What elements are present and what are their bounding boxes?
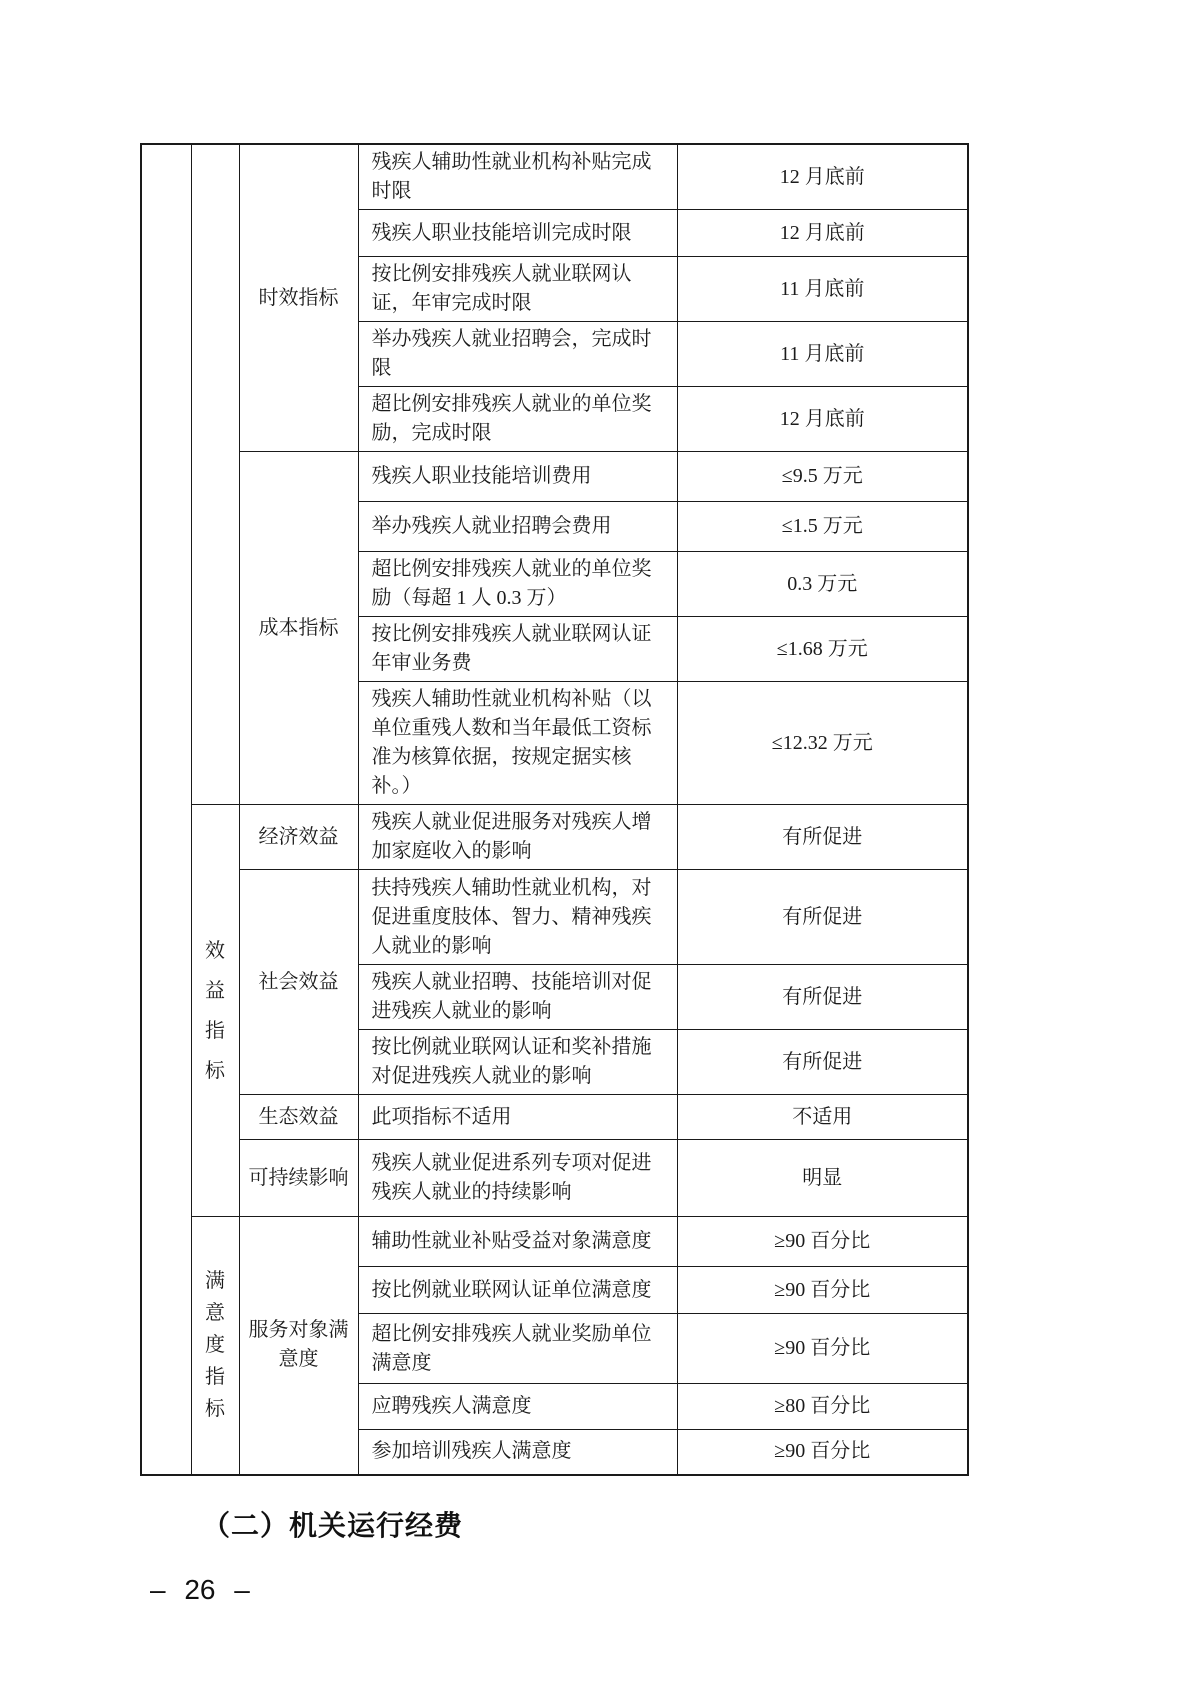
indicator-cell: 残疾人就业促进系列专项对促进残疾人就业的持续影响	[358, 1140, 677, 1217]
value-cell: 有所促进	[677, 805, 968, 870]
table-row: 生态效益此项指标不适用不适用	[141, 1095, 968, 1140]
category-cell: 效益指标	[191, 805, 239, 1217]
value-cell: ≤9.5 万元	[677, 452, 968, 502]
value-cell: ≤1.68 万元	[677, 617, 968, 682]
value-cell: 12 月底前	[677, 210, 968, 257]
page-number: – 26 –	[150, 1574, 250, 1606]
indicator-cell: 此项指标不适用	[358, 1095, 677, 1140]
category-label: 满意度指标	[204, 1265, 226, 1425]
value-cell: ≥90 百分比	[677, 1217, 968, 1267]
value-cell: 0.3 万元	[677, 552, 968, 617]
table-row: 成本指标残疾人职业技能培训费用≤9.5 万元	[141, 452, 968, 502]
value-cell: 明显	[677, 1140, 968, 1217]
subcategory-cell: 可持续影响	[239, 1140, 358, 1217]
indicator-cell: 残疾人就业招聘、技能培训对促进残疾人就业的影响	[358, 965, 677, 1030]
indicator-cell: 超比例安排残疾人就业奖励单位满意度	[358, 1314, 677, 1384]
category-cell	[191, 144, 239, 805]
indicator-cell: 残疾人辅助性就业机构补贴完成时限	[358, 144, 677, 210]
margin-cell	[141, 144, 191, 1475]
value-cell: ≥90 百分比	[677, 1430, 968, 1475]
value-cell: 11 月底前	[677, 322, 968, 387]
indicator-table-body: 时效指标残疾人辅助性就业机构补贴完成时限12 月底前残疾人职业技能培训完成时限1…	[141, 144, 968, 1475]
subcategory-cell: 经济效益	[239, 805, 358, 870]
subcategory-cell: 时效指标	[239, 144, 358, 452]
category-cell: 满意度指标	[191, 1217, 239, 1475]
value-cell: 有所促进	[677, 870, 968, 965]
table-row: 时效指标残疾人辅助性就业机构补贴完成时限12 月底前	[141, 144, 968, 210]
subcategory-cell: 生态效益	[239, 1095, 358, 1140]
value-cell: 11 月底前	[677, 257, 968, 322]
indicator-cell: 扶持残疾人辅助性就业机构，对促进重度肢体、智力、精神残疾人就业的影响	[358, 870, 677, 965]
indicator-cell: 应聘残疾人满意度	[358, 1384, 677, 1430]
performance-indicator-table: 时效指标残疾人辅助性就业机构补贴完成时限12 月底前残疾人职业技能培训完成时限1…	[140, 143, 969, 1476]
indicator-cell: 按比例安排残疾人就业联网认证年审业务费	[358, 617, 677, 682]
indicator-cell: 超比例安排残疾人就业的单位奖励（每超 1 人 0.3 万）	[358, 552, 677, 617]
value-cell: ≥80 百分比	[677, 1384, 968, 1430]
indicator-cell: 残疾人职业技能培训完成时限	[358, 210, 677, 257]
value-cell: ≥90 百分比	[677, 1267, 968, 1314]
indicator-cell: 参加培训残疾人满意度	[358, 1430, 677, 1475]
value-cell: 12 月底前	[677, 387, 968, 452]
indicator-cell: 残疾人职业技能培训费用	[358, 452, 677, 502]
value-cell: ≤1.5 万元	[677, 502, 968, 552]
document-page: 时效指标残疾人辅助性就业机构补贴完成时限12 月底前残疾人职业技能培训完成时限1…	[0, 0, 1190, 1683]
indicator-cell: 举办残疾人就业招聘会，完成时限	[358, 322, 677, 387]
subcategory-cell: 服务对象满意度	[239, 1217, 358, 1475]
value-cell: 有所促进	[677, 1030, 968, 1095]
section-heading: （二）机关运行经费	[202, 1504, 463, 1544]
table-row: 社会效益扶持残疾人辅助性就业机构，对促进重度肢体、智力、精神残疾人就业的影响有所…	[141, 870, 968, 965]
value-cell: 不适用	[677, 1095, 968, 1140]
value-cell: 有所促进	[677, 965, 968, 1030]
table-row: 效益指标经济效益残疾人就业促进服务对残疾人增加家庭收入的影响有所促进	[141, 805, 968, 870]
table-row: 满意度指标服务对象满意度辅助性就业补贴受益对象满意度≥90 百分比	[141, 1217, 968, 1267]
value-cell: ≥90 百分比	[677, 1314, 968, 1384]
indicator-cell: 按比例就业联网认证和奖补措施对促进残疾人就业的影响	[358, 1030, 677, 1095]
indicator-cell: 残疾人辅助性就业机构补贴（以单位重残人数和当年最低工资标准为核算依据，按规定据实…	[358, 682, 677, 805]
indicator-cell: 举办残疾人就业招聘会费用	[358, 502, 677, 552]
subcategory-cell: 社会效益	[239, 870, 358, 1095]
indicator-cell: 按比例安排残疾人就业联网认证，年审完成时限	[358, 257, 677, 322]
indicator-cell: 残疾人就业促进服务对残疾人增加家庭收入的影响	[358, 805, 677, 870]
subcategory-cell: 成本指标	[239, 452, 358, 805]
category-label: 效益指标	[204, 931, 226, 1091]
value-cell: ≤12.32 万元	[677, 682, 968, 805]
indicator-cell: 超比例安排残疾人就业的单位奖励，完成时限	[358, 387, 677, 452]
value-cell: 12 月底前	[677, 144, 968, 210]
indicator-cell: 按比例就业联网认证单位满意度	[358, 1267, 677, 1314]
table-row: 可持续影响残疾人就业促进系列专项对促进残疾人就业的持续影响明显	[141, 1140, 968, 1217]
indicator-cell: 辅助性就业补贴受益对象满意度	[358, 1217, 677, 1267]
